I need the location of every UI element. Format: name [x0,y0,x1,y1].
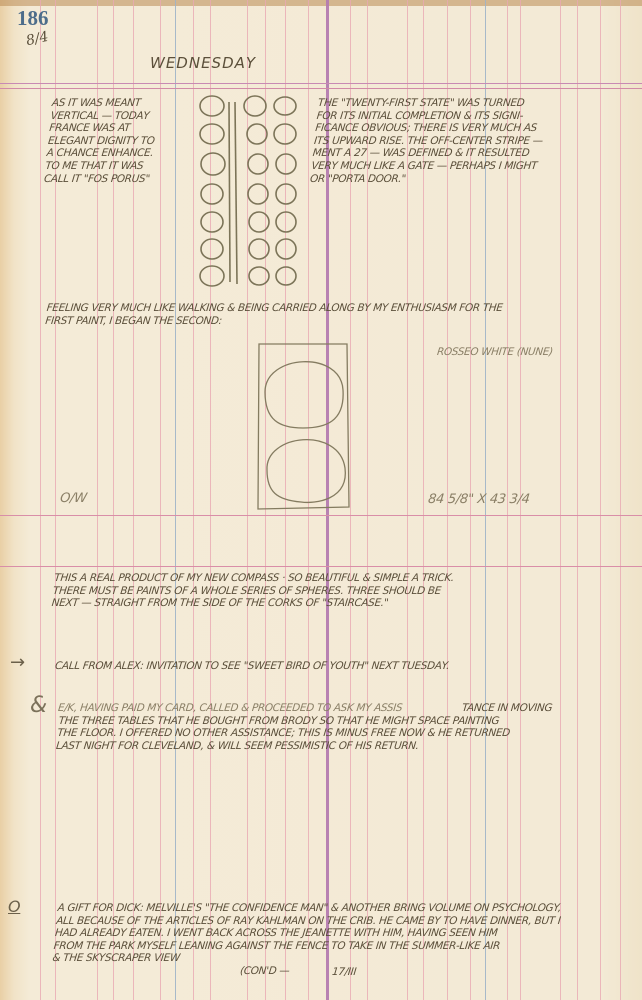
entry-4-text: CALL FROM ALEX: INVITATION TO SEE "SWEET… [54,660,615,673]
page-number: 186 [17,6,49,31]
entry-6-text: A GIFT FOR DICK: MELVILLE'S "THE CONFIDE… [52,902,642,965]
entry-1-right-note: THE "TWENTY-FIRST STATE" WAS TURNED FOR … [309,97,638,185]
entry-3-text: THIS A REAL PRODUCT OF MY NEW COMPASS · … [51,572,635,610]
continued-reference: 17/III [331,966,356,979]
entry-1-left-note: AS IT WAS MEANT VERTICAL — TODAY FRANCE … [43,97,202,185]
ampersand-marker-icon: & [30,693,47,718]
continued-note: (CON'D — [239,965,290,978]
section-rule [0,515,642,516]
day-heading: WEDNESDAY [150,54,256,72]
arrow-marker-icon: → [10,652,25,673]
section-rule [0,566,642,567]
painting-sketch [255,342,355,512]
notebook-page: 186 8/4 WEDNESDAY AS IT WAS MEANT VERTIC… [0,0,642,1000]
dimensions-note: 84 5/8" x 43 3/4 [427,494,530,507]
ruled-line [40,0,41,1000]
painting-title-note: ROSSEO WHITE (NUNE) [436,346,553,359]
entry-5-text: TANCE IN MOVING THE THREE TABLES THAT HE… [55,702,640,752]
header-rule [0,83,642,89]
medium-note: O/W [59,493,87,506]
entry-2-intro: FEELING VERY MUCH LIKE WALKING & BEING C… [45,302,628,327]
circles-sketch [195,92,305,292]
entry-date: 8/4 [25,30,50,48]
circle-marker-icon: o [8,897,20,916]
